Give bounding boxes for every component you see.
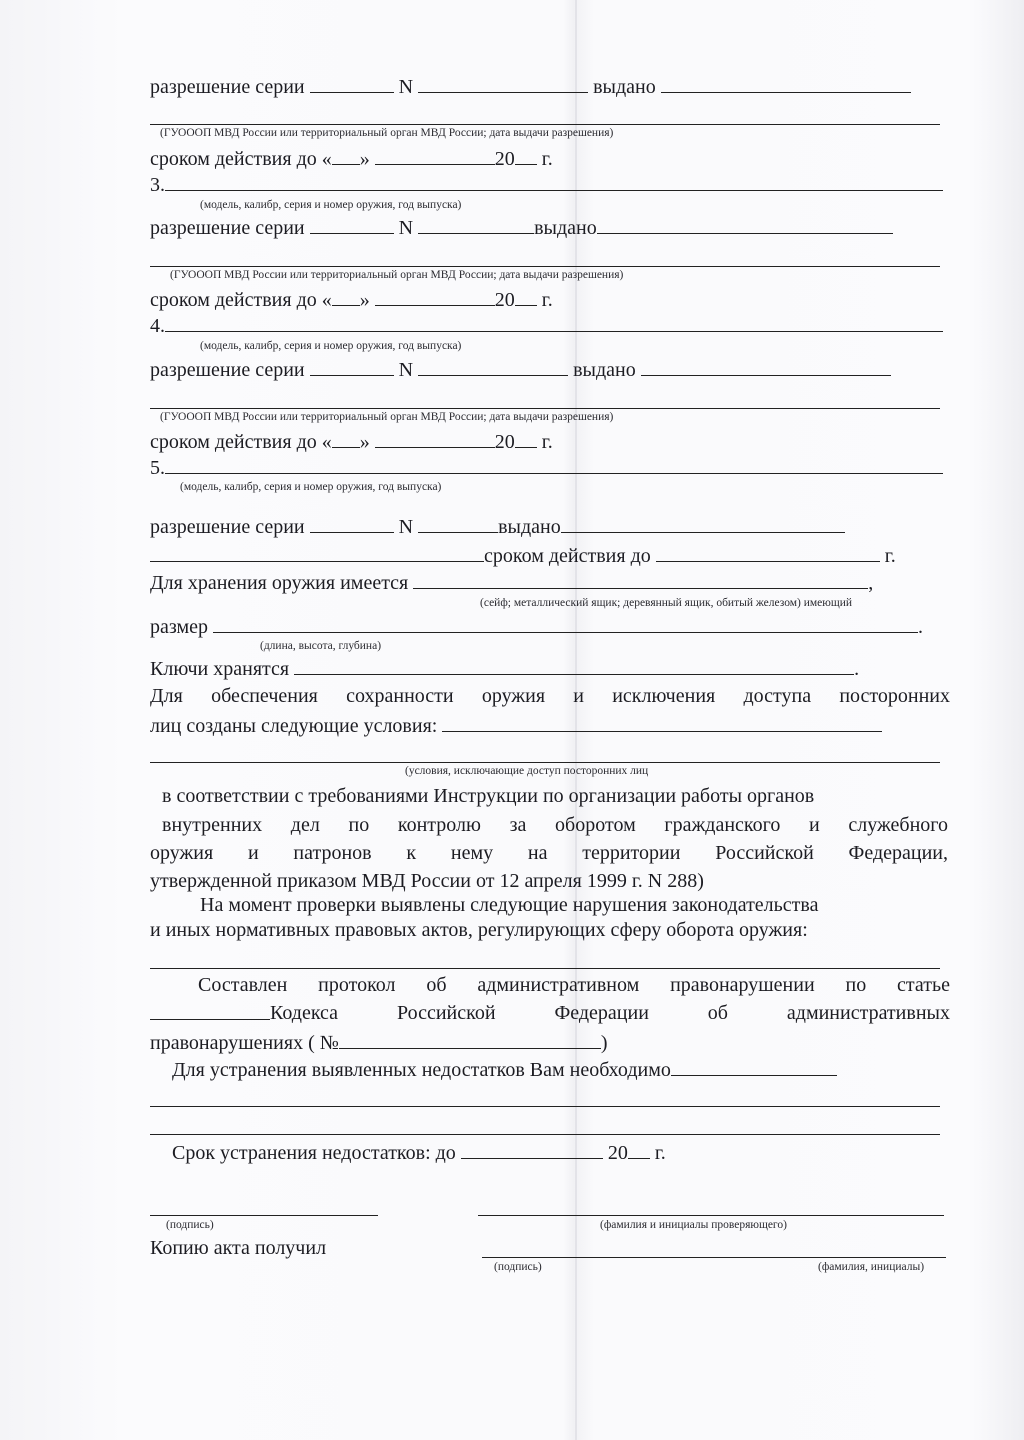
conditions-text: Для обеспечения сохранности оружия и иск… <box>150 684 950 708</box>
issued-field[interactable] <box>641 357 891 376</box>
protocol-word: Российской <box>397 1001 496 1025</box>
keys-line: Ключи хранятся . <box>150 656 950 680</box>
issuer-field[interactable] <box>150 266 940 267</box>
remedy-field[interactable] <box>671 1057 837 1076</box>
day-field[interactable] <box>332 287 360 306</box>
protocol-word: Федерации <box>554 1001 648 1025</box>
deadline-line: Срок устранения недостатков: до 20 г. <box>172 1140 872 1164</box>
year-suffix: г. <box>655 1142 666 1164</box>
period: . <box>918 616 923 638</box>
quote-close: » <box>360 148 370 170</box>
keys-field[interactable] <box>294 656 854 675</box>
number-field[interactable] <box>418 357 568 376</box>
year-suffix: г. <box>542 289 553 311</box>
protocol-line-3: правонарушениях ( №) <box>150 1030 950 1054</box>
conditions-label: лиц созданы следующие условия: <box>150 715 437 737</box>
n-label: N <box>399 76 413 98</box>
remedy-label: Для устранения выявленных недостатков Ва… <box>172 1059 671 1081</box>
conditions-field-2[interactable] <box>150 762 940 763</box>
weapon-line-3: 3. <box>150 172 950 196</box>
conditions-field[interactable] <box>442 713 882 732</box>
remedy-line: Для устранения выявленных недостатков Ва… <box>172 1057 942 1081</box>
size-line: размер . <box>150 614 950 638</box>
entry-number: 5. <box>150 457 165 479</box>
protocol-word: об <box>708 1001 728 1025</box>
weapon-caption: (модель, калибр, серия и номер оружия, г… <box>200 340 461 353</box>
comma: , <box>868 572 873 594</box>
entry-number: 3. <box>150 174 165 196</box>
issuer-field[interactable] <box>150 543 484 562</box>
series-field[interactable] <box>310 357 394 376</box>
entry-number: 4. <box>150 315 165 337</box>
protocol-line-2: Кодекса Российской Федерации об админист… <box>150 1001 950 1025</box>
conditions-caption: (условия, исключающие доступ посторонних… <box>405 765 648 778</box>
size-label: размер <box>150 616 208 638</box>
deadline-label: Срок устранения недостатков: до <box>172 1142 456 1164</box>
paren-close: ) <box>601 1032 608 1054</box>
validity-label: сроком действия до « <box>150 431 332 453</box>
permit-series-label: разрешение серии <box>150 516 305 538</box>
weapon-field[interactable] <box>165 313 943 332</box>
permit-line: разрешение серии N выдано <box>150 514 950 538</box>
year-suffix: г. <box>885 545 896 567</box>
month-field[interactable] <box>375 146 495 165</box>
issuer-caption: (ГУОООП МВД России или территориальный о… <box>170 269 623 282</box>
inspector-caption: (фамилия и инициалы проверяющего) <box>600 1219 787 1232</box>
quote-close: » <box>360 431 370 453</box>
keys-label: Ключи хранятся <box>150 658 289 680</box>
protocol-text: Составлен протокол об административном п… <box>198 973 950 997</box>
issued-label: выдано <box>534 217 597 239</box>
weapon-caption: (модель, калибр, серия и номер оружия, г… <box>180 481 441 494</box>
number-field[interactable] <box>418 74 588 93</box>
year-field[interactable] <box>515 287 537 306</box>
validity-label: сроком действия до « <box>150 289 332 311</box>
issuer-caption: (ГУОООП МВД России или территориальный о… <box>160 127 613 140</box>
article-field[interactable] <box>150 1001 270 1020</box>
remedy-field-2[interactable] <box>150 1106 940 1107</box>
protocol-number-field[interactable] <box>339 1030 601 1049</box>
validity-date-field[interactable] <box>656 543 880 562</box>
deadline-date-field[interactable] <box>461 1140 603 1159</box>
storage-type-field[interactable] <box>413 570 868 589</box>
issued-label: выдано <box>593 76 656 98</box>
violations-text: и иных нормативных правовых актов, регул… <box>150 918 950 942</box>
weapon-field[interactable] <box>165 455 943 474</box>
permit-line: разрешение серии N выдано <box>150 74 950 98</box>
size-field[interactable] <box>213 614 918 633</box>
permit-series-label: разрешение серии <box>150 76 305 98</box>
year-suffix: г. <box>542 148 553 170</box>
protocol-word: Кодекса <box>270 1001 338 1025</box>
recipient-signature-caption: (подпись) <box>494 1261 542 1274</box>
violations-field[interactable] <box>150 968 940 969</box>
year-prefix: 20 <box>495 431 515 453</box>
inspector-signature-field[interactable] <box>150 1215 378 1216</box>
year-field[interactable] <box>628 1140 650 1159</box>
permit-line: разрешение серии N выдано <box>150 215 950 239</box>
year-field[interactable] <box>515 429 537 448</box>
issued-field[interactable] <box>561 514 845 533</box>
year-field[interactable] <box>515 146 537 165</box>
recipient-signature-field[interactable] <box>482 1257 946 1258</box>
violations-text: На момент проверки выявлены следующие на… <box>200 893 950 917</box>
instruction-text: в соответствии с требованиями Инструкции… <box>162 784 942 808</box>
storage-line: Для хранения оружия имеется , <box>150 570 950 594</box>
storage-caption: (сейф; металлический ящик; деревянный ящ… <box>480 597 852 610</box>
issued-field[interactable] <box>661 74 911 93</box>
issued-label: выдано <box>573 359 636 381</box>
permit-series-label: разрешение серии <box>150 217 305 239</box>
year-prefix: 20 <box>608 1142 628 1164</box>
inspector-name-field[interactable] <box>478 1215 944 1216</box>
protocol-word: административных <box>787 1001 950 1025</box>
validity-label: сроком действия до <box>484 545 651 567</box>
quote-close: » <box>360 289 370 311</box>
protocol-number-label: правонарушениях ( № <box>150 1032 339 1054</box>
day-field[interactable] <box>332 429 360 448</box>
month-field[interactable] <box>375 287 495 306</box>
weapon-line-4: 4. <box>150 313 950 337</box>
month-field[interactable] <box>375 429 495 448</box>
recipient-name-caption: (фамилия, инициалы) <box>818 1261 924 1274</box>
validity-label: сроком действия до « <box>150 148 332 170</box>
validity-line: сроком действия до «» 20 г. <box>150 429 950 453</box>
permit-series-label: разрешение серии <box>150 359 305 381</box>
period: . <box>854 658 859 680</box>
day-field[interactable] <box>332 146 360 165</box>
issued-field[interactable] <box>597 215 893 234</box>
weapon-caption: (модель, калибр, серия и номер оружия, г… <box>200 199 461 212</box>
issuer-field[interactable] <box>150 124 940 125</box>
series-field[interactable] <box>310 215 394 234</box>
year-prefix: 20 <box>495 289 515 311</box>
n-label: N <box>399 217 413 239</box>
series-field[interactable] <box>310 514 394 533</box>
validity-line: сроком действия до «» 20 г. <box>150 146 950 170</box>
series-field[interactable] <box>310 74 394 93</box>
issuer-field[interactable] <box>150 408 940 409</box>
signature-caption: (подпись) <box>166 1219 214 1232</box>
year-suffix: г. <box>542 431 553 453</box>
issuer-caption: (ГУОООП МВД России или территориальный о… <box>160 411 613 424</box>
number-field[interactable] <box>418 215 534 234</box>
instruction-text: внутренних дел по контролю за оборотом г… <box>162 813 948 837</box>
weapon-line-5: 5. <box>150 455 950 479</box>
validity-line: сроком действия до г. <box>150 543 950 567</box>
conditions-line: лиц созданы следующие условия: <box>150 713 950 737</box>
remedy-field-3[interactable] <box>150 1134 940 1135</box>
storage-label: Для хранения оружия имеется <box>150 572 408 594</box>
year-prefix: 20 <box>495 148 515 170</box>
number-field[interactable] <box>418 514 498 533</box>
scanned-page: разрешение серии N выдано (ГУОООП МВД Ро… <box>0 0 1024 1440</box>
n-label: N <box>399 359 413 381</box>
permit-line: разрешение серии N выдано <box>150 357 950 381</box>
validity-line: сроком действия до «» 20 г. <box>150 287 950 311</box>
issued-label: выдано <box>498 516 561 538</box>
instruction-text: утвержденной приказом МВД России от 12 а… <box>150 869 950 893</box>
size-caption: (длина, высота, глубина) <box>260 640 381 653</box>
instruction-text: оружия и патронов к нему на территории Р… <box>150 841 948 865</box>
n-label: N <box>399 516 413 538</box>
weapon-field[interactable] <box>165 172 943 191</box>
